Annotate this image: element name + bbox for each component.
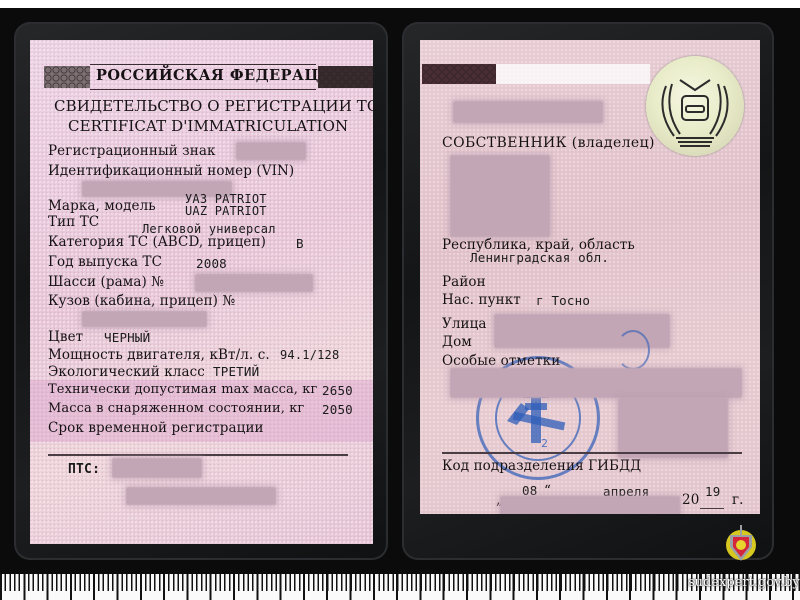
signature-mark [616,330,650,370]
redacted-gibdd-code [618,398,728,458]
street-label: Улица [442,316,487,332]
color-label: Цвет [48,329,83,345]
ornament-left [44,66,90,88]
type-label: Тип ТС [48,214,99,230]
max-mass-label: Технически допустимая max масса, кг [48,382,317,397]
pts-label: ПТС: [68,462,100,477]
ornament-back [422,64,496,84]
max-mass-value: 2650 [322,383,353,398]
body-label: Кузов (кабина, прицеп) № [48,293,235,309]
redacted-body [82,311,207,327]
security-band [496,64,650,84]
power-value: 94.1/128 [280,348,339,362]
color-value: ЧЕРНЫЙ [104,330,150,345]
header-band: РОССИЙСКАЯ ФЕДЕРАЦИЯ [90,64,316,90]
chassis-label: Шасси (рама) № [48,274,164,290]
redacted-serial-back [453,101,603,123]
make-model-value-2: UAZ PATRIOT [185,204,267,218]
date-year-prefix: 20 [682,492,699,508]
curb-mass-value: 2050 [322,402,353,417]
title-fr: CERTIFICAT D'IMMATRICULATION [68,117,348,135]
year-label: Год выпуска ТС [48,254,162,270]
measurement-ruler [0,574,800,600]
category-label: Категория ТС (ABCD, прицеп) [48,234,266,250]
gibdd-code-label: Код подразделения ГИБДД [442,458,641,474]
owner-label: СОБСТВЕННИК (владелец) [442,135,655,151]
svg-text:2: 2 [541,437,548,450]
redacted-notes [450,368,742,398]
district-label: Район [442,274,486,290]
redacted-reg-sign [236,142,306,160]
hologram-emblem-icon [646,56,744,156]
redacted-chassis [195,274,313,292]
locality-label: Нас. пункт [442,292,521,308]
year-value: 2008 [196,256,227,271]
power-label: Мощность двигателя, кВт/л. с. [48,347,270,363]
watermark-text: sudexpert.gov.by [688,575,800,590]
header-band-text: РОССИЙСКАЯ ФЕДЕРАЦИЯ [96,67,346,84]
curb-mass-label: Масса в снаряженном состоянии, кг [48,401,304,416]
eco-label: Экологический класс [48,364,205,380]
house-label: Дом [442,334,472,350]
forensic-emblem-icon [724,525,758,565]
date-year-suffix: 19 [705,484,720,499]
year-underline [700,508,724,509]
certificate-back: СОБСТВЕННИК (владелец) Республика, край,… [420,40,760,514]
redacted-owner-name [450,155,550,237]
title-ru: СВИДЕТЕЛЬСТВО О РЕГИСТРАЦИИ ТС [54,97,373,115]
make-model-label: Марка, модель [48,198,156,214]
reg-sign-label: Регистрационный знак [48,143,216,159]
eco-value: ТРЕТИЙ [213,364,259,379]
redacted-serial [126,487,276,505]
vin-label: Идентификационный номер (VIN) [48,163,294,179]
ruler-base [0,591,800,600]
temp-reg-label: Срок временной регистрации [48,420,264,436]
date-unit: г. [732,492,744,508]
certificate-front: РОССИЙСКАЯ ФЕДЕРАЦИЯ СВИДЕТЕЛЬСТВО О РЕГ… [30,40,373,544]
notes-label: Особые отметки [442,353,560,369]
redacted-date [500,496,680,514]
redacted-pts [112,458,202,478]
divider-line [48,454,348,456]
ornament-right [318,66,373,88]
region-value: Ленинградская обл. [470,250,609,265]
locality-value: г Тосно [536,293,590,308]
divider-line-back [442,452,742,454]
category-value: В [296,236,304,251]
